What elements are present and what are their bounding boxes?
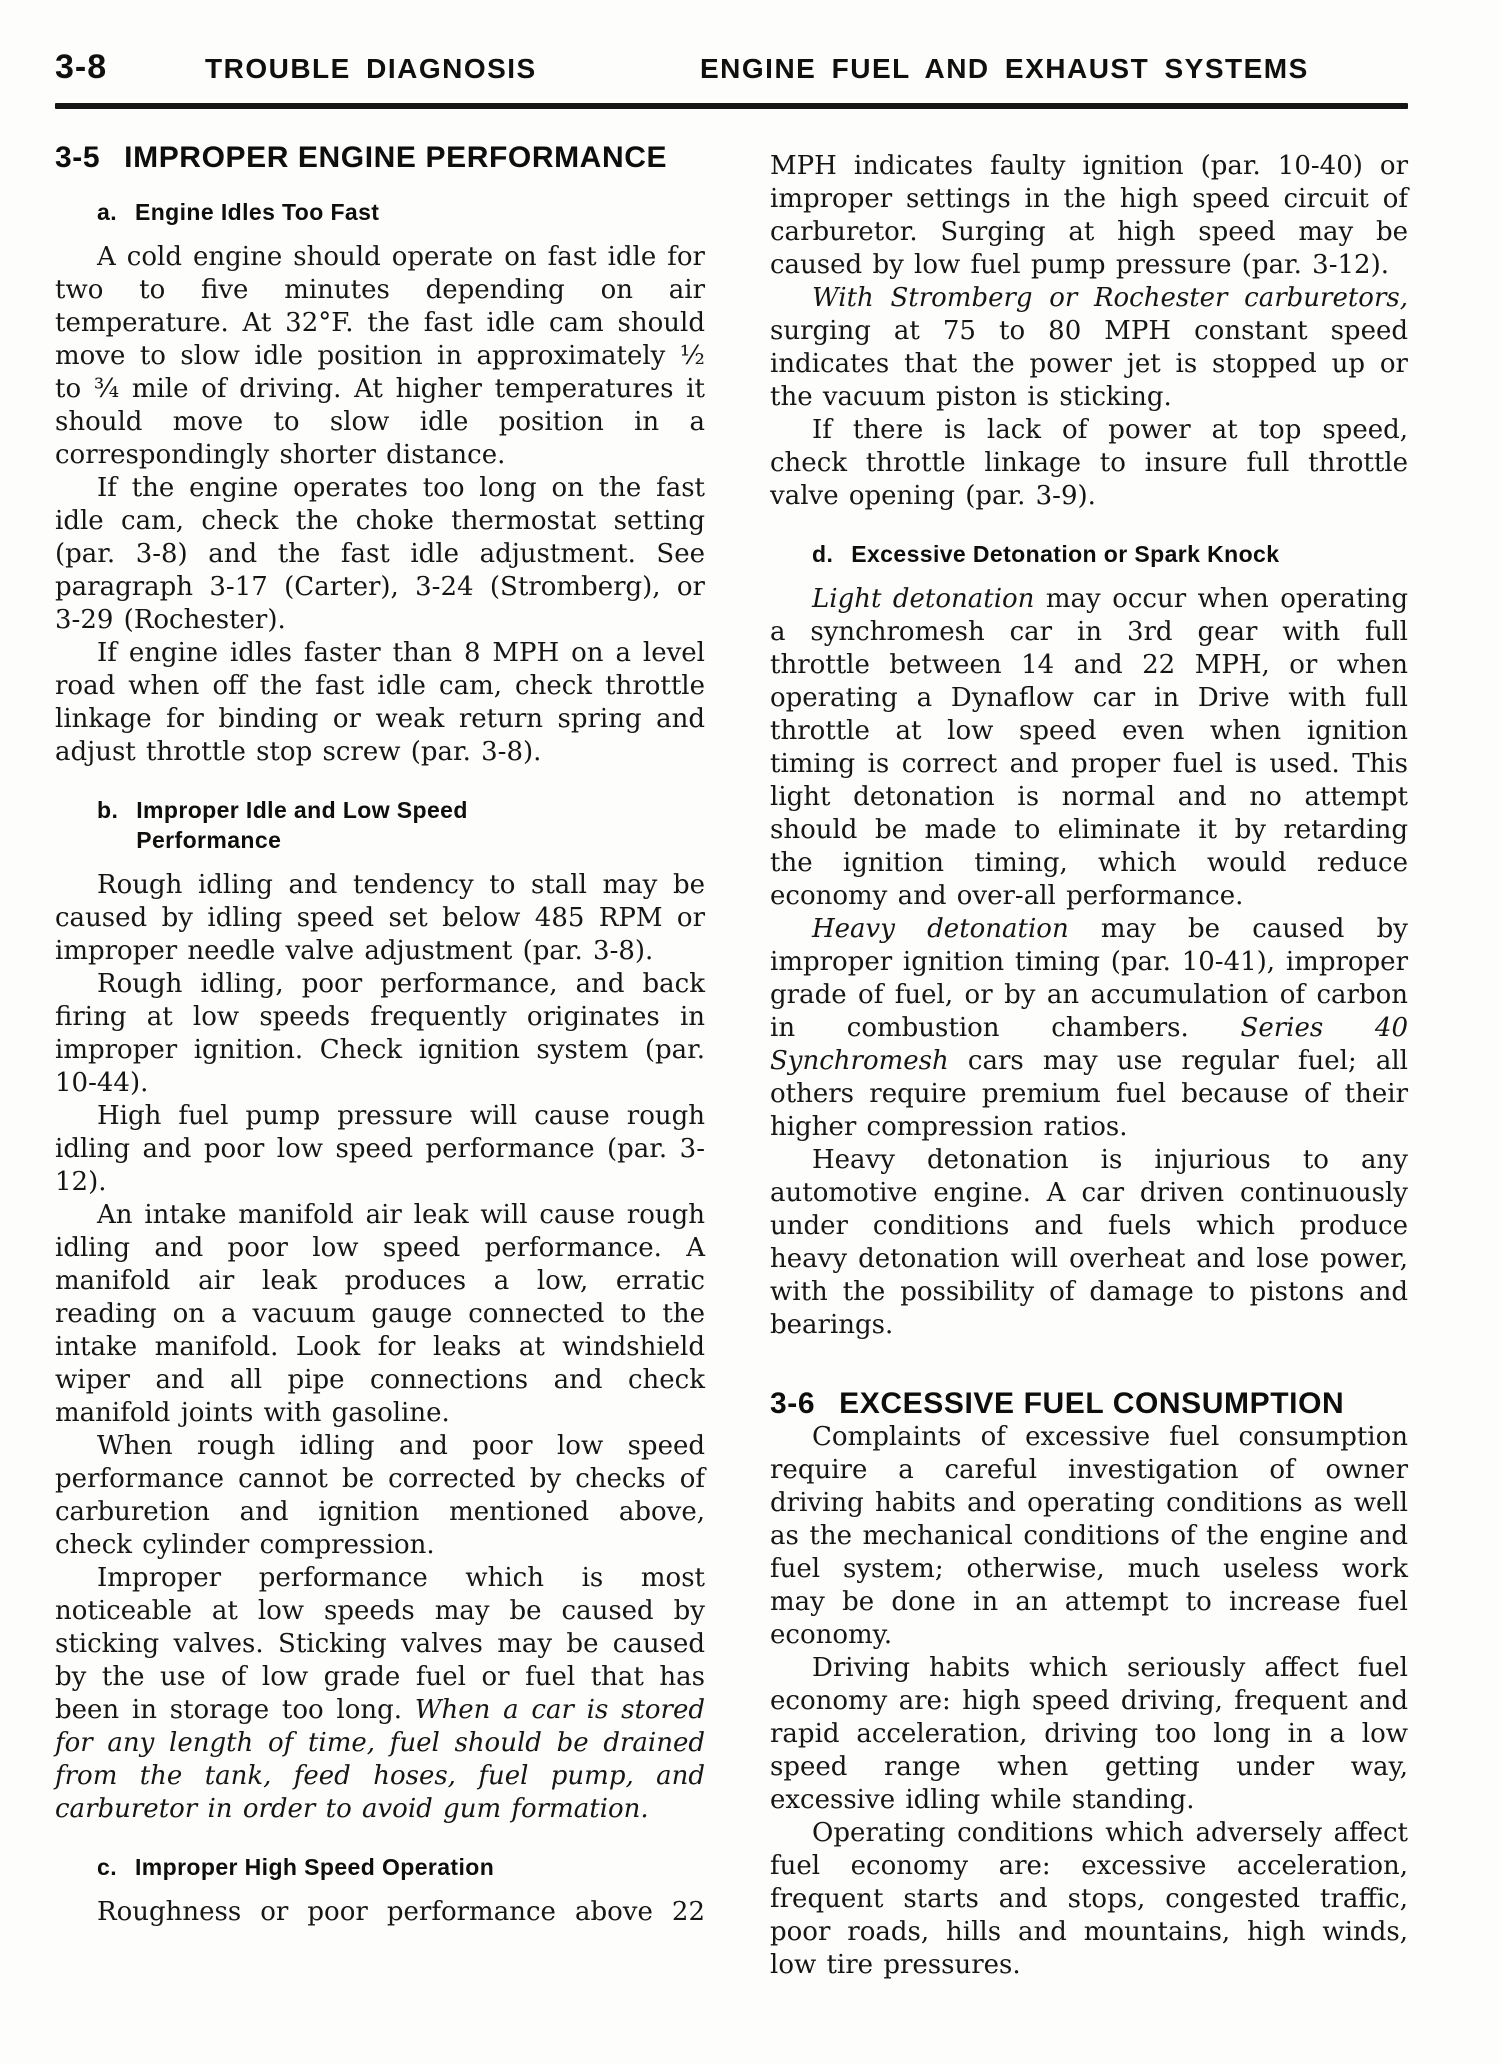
text-run: If there is lack of power at top speed, …	[770, 415, 1408, 511]
heading-line: EXCESSIVE FUEL CONSUMPTION	[839, 1386, 1344, 1421]
text-run: If engine idles faster than 8 MPH on a l…	[55, 638, 705, 767]
left-column: 3-5IMPROPER ENGINE PERFORMANCEa.Engine I…	[55, 140, 705, 1929]
heading-text: IMPROPER ENGINE PERFORMANCE	[124, 140, 667, 175]
body-paragraph: If there is lack of power at top speed, …	[770, 414, 1408, 513]
heading-text: Improper Idle and Low SpeedPerformance	[136, 795, 468, 855]
text-run: Operating conditions which adversely aff…	[770, 1818, 1408, 1980]
heading-line: Performance	[136, 825, 468, 855]
body-paragraph: If engine idles faster than 8 MPH on a l…	[55, 637, 705, 769]
text-run: Complaints of excessive fuel consumption…	[770, 1422, 1408, 1650]
text-run: An intake manifold air leak will cause r…	[55, 1200, 705, 1428]
italic-run: Light detonation	[812, 584, 1034, 614]
subsection-label: d.	[812, 539, 833, 569]
heading-line: Improper High Speed Operation	[135, 1852, 494, 1882]
text-run: Driving habits which seriously affect fu…	[770, 1653, 1408, 1815]
body-paragraph: An intake manifold air leak will cause r…	[55, 1199, 705, 1430]
body-paragraph: Light detonation may occur when operatin…	[770, 583, 1408, 913]
body-paragraph: Operating conditions which adversely aff…	[770, 1817, 1408, 1982]
text-run: A cold engine should operate on fast idl…	[55, 242, 705, 470]
header-section-title: TROUBLE DIAGNOSIS	[205, 53, 537, 85]
heading-line: Engine Idles Too Fast	[135, 197, 379, 227]
italic-run: Heavy detonation	[812, 914, 1069, 944]
body-paragraph: Driving habits which seriously affect fu…	[770, 1652, 1408, 1817]
body-paragraph: MPH indicates faulty ignition (par. 10-4…	[770, 150, 1408, 282]
subsection-label: b.	[97, 795, 118, 855]
section-number: 3-6	[770, 1386, 815, 1421]
subsection-label: c.	[97, 1852, 117, 1882]
text-run: When rough idling and poor low speed per…	[55, 1431, 705, 1560]
text-run: Rough idling, poor performance, and back…	[55, 969, 705, 1098]
page-number: 3-8	[55, 48, 107, 87]
right-column: MPH indicates faulty ignition (par. 10-4…	[770, 150, 1408, 1982]
heading-line: Excessive Detonation or Spark Knock	[851, 539, 1279, 569]
body-paragraph: When rough idling and poor low speed per…	[55, 1430, 705, 1562]
text-run: MPH indicates faulty ignition (par. 10-4…	[770, 151, 1408, 280]
subsection-heading: c.Improper High Speed Operation	[97, 1852, 705, 1882]
heading-line: IMPROPER ENGINE PERFORMANCE	[124, 140, 667, 175]
body-paragraph: A cold engine should operate on fast idl…	[55, 241, 705, 472]
body-paragraph: With Stromberg or Rochester carburetors,…	[770, 282, 1408, 414]
section-heading: 3-5IMPROPER ENGINE PERFORMANCE	[55, 140, 705, 175]
body-paragraph: Rough idling and tendency to stall may b…	[55, 869, 705, 968]
heading-text: Excessive Detonation or Spark Knock	[851, 539, 1279, 569]
heading-line: Improper Idle and Low Speed	[136, 795, 468, 825]
text-run: surging at 75 to 80 MPH constant speed i…	[770, 316, 1408, 412]
manual-page: 3-8 TROUBLE DIAGNOSIS ENGINE FUEL AND EX…	[0, 0, 1500, 2064]
section-number: 3-5	[55, 140, 100, 175]
body-paragraph: If the engine operates too long on the f…	[55, 472, 705, 637]
heading-text: Improper High Speed Operation	[135, 1852, 494, 1882]
body-paragraph: Heavy detonation is injurious to any aut…	[770, 1144, 1408, 1342]
body-paragraph: Roughness or poor performance above 22	[55, 1896, 705, 1929]
header-rule	[55, 103, 1408, 109]
body-paragraph: Heavy detonation may be caused by improp…	[770, 913, 1408, 1144]
subsection-heading: b.Improper Idle and Low SpeedPerformance	[97, 795, 705, 855]
body-paragraph: Improper performance which is most notic…	[55, 1562, 705, 1826]
text-run: Heavy detonation is injurious to any aut…	[770, 1145, 1408, 1340]
text-run: Roughness or poor performance above 22	[97, 1897, 705, 1927]
heading-text: Engine Idles Too Fast	[135, 197, 379, 227]
heading-text: EXCESSIVE FUEL CONSUMPTION	[839, 1386, 1344, 1421]
italic-run: With Stromberg or Rochester carburetors,	[812, 283, 1408, 313]
header-chapter-title: ENGINE FUEL AND EXHAUST SYSTEMS	[700, 53, 1309, 85]
text-run: Rough idling and tendency to stall may b…	[55, 870, 705, 966]
text-run: If the engine operates too long on the f…	[55, 473, 705, 635]
text-run: may occur when operating a synchromesh c…	[770, 584, 1408, 911]
section-heading: 3-6EXCESSIVE FUEL CONSUMPTION	[770, 1386, 1408, 1421]
subsection-heading: a.Engine Idles Too Fast	[97, 197, 705, 227]
body-paragraph: High fuel pump pressure will cause rough…	[55, 1100, 705, 1199]
body-paragraph: Rough idling, poor performance, and back…	[55, 968, 705, 1100]
subsection-label: a.	[97, 197, 117, 227]
text-run: High fuel pump pressure will cause rough…	[55, 1101, 705, 1197]
body-paragraph: Complaints of excessive fuel consumption…	[770, 1421, 1408, 1652]
subsection-heading: d.Excessive Detonation or Spark Knock	[812, 539, 1408, 569]
